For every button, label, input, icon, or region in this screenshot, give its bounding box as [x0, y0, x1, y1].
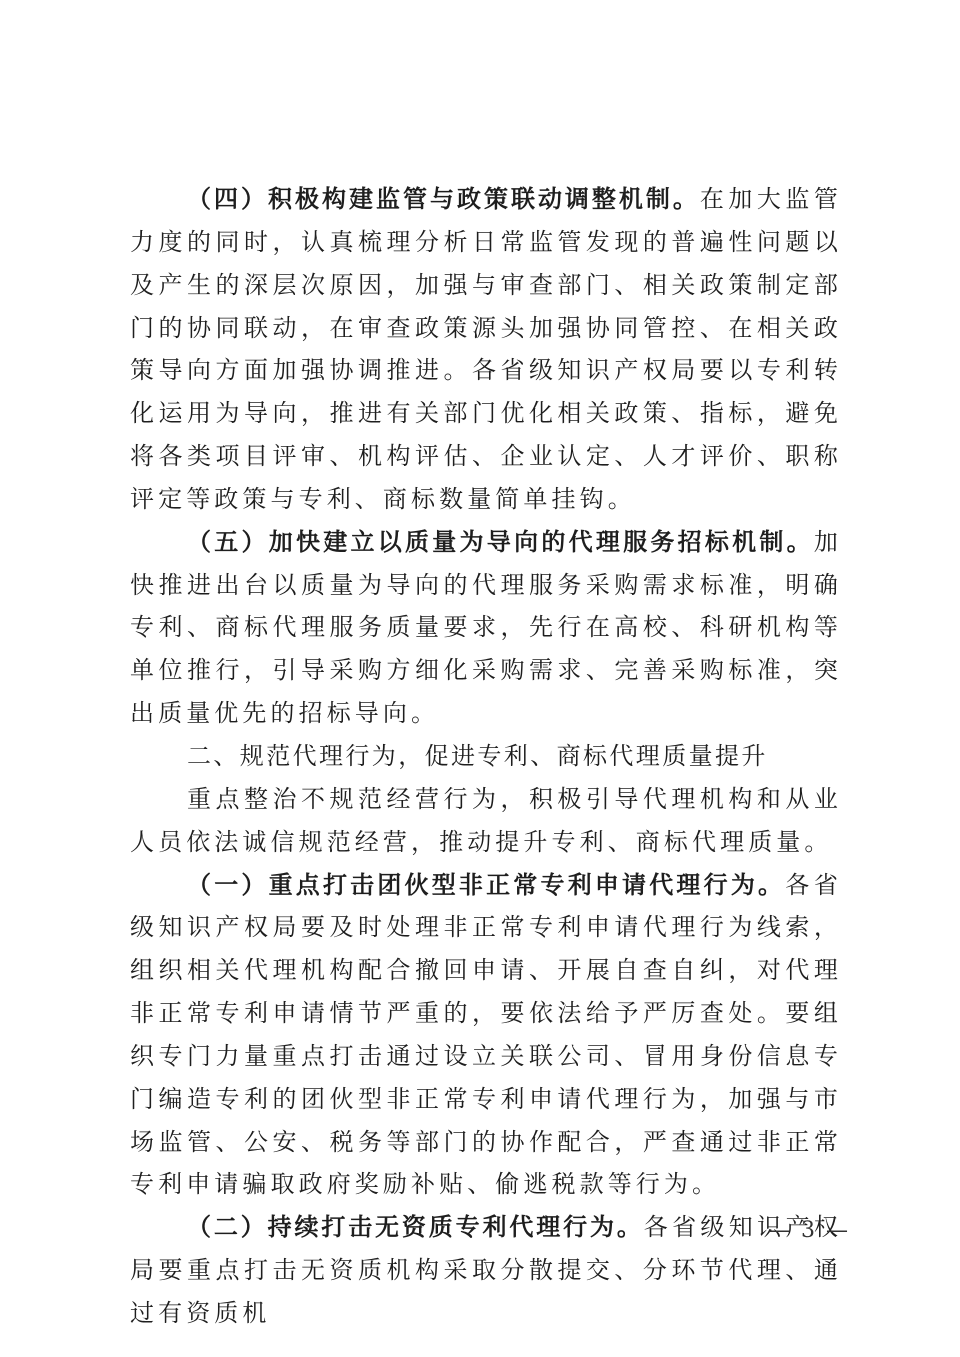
paragraph-tender-mechanism: （五）加快建立以质量为导向的代理服务招标机制。加快推进出台以质量为导向的代理服务… [130, 521, 842, 735]
paragraph-lead: （二）持续打击无资质专利代理行为。 [187, 1212, 644, 1241]
section-heading: 二、规范代理行为，促进专利、商标代理质量提升 [130, 735, 842, 778]
paragraph-text: 在加大监管力度的同时，认真梳理分析日常监管发现的普遍性问题以及产生的深层次原因，… [130, 185, 842, 513]
document-page: （四）积极构建监管与政策联动调整机制。在加大监管力度的同时，认真梳理分析日常监管… [0, 0, 960, 1357]
paragraph-lead: （一）重点打击团伙型非正常专利申请代理行为。 [187, 870, 785, 899]
paragraph-gang-applications: （一）重点打击团伙型非正常专利申请代理行为。各省级知识产权局要及时处理非正常专利… [130, 864, 842, 1207]
paragraph-text: 各省级知识产权局要及时处理非正常专利申请代理行为线索，组织相关代理机构配合撤回申… [130, 871, 842, 1199]
paragraph-section-intro: 重点整治不规范经营行为，积极引导代理机构和从业人员依法诚信规范经营，推动提升专利… [130, 778, 842, 864]
paragraph-unqualified-agency: （二）持续打击无资质专利代理行为。各省级知识产权局要重点打击无资质机构采取分散提… [130, 1206, 842, 1335]
page-number: — 3 — [768, 1218, 850, 1243]
paragraph-policy-linkage: （四）积极构建监管与政策联动调整机制。在加大监管力度的同时，认真梳理分析日常监管… [130, 178, 842, 521]
document-body: （四）积极构建监管与政策联动调整机制。在加大监管力度的同时，认真梳理分析日常监管… [130, 178, 842, 1335]
paragraph-lead: （五）加快建立以质量为导向的代理服务招标机制。 [187, 527, 814, 556]
paragraph-lead: （四）积极构建监管与政策联动调整机制。 [187, 184, 700, 213]
paragraph-text: 加快推进出台以质量为导向的代理服务采购需求标准，明确专利、商标代理服务质量要求，… [130, 528, 842, 727]
